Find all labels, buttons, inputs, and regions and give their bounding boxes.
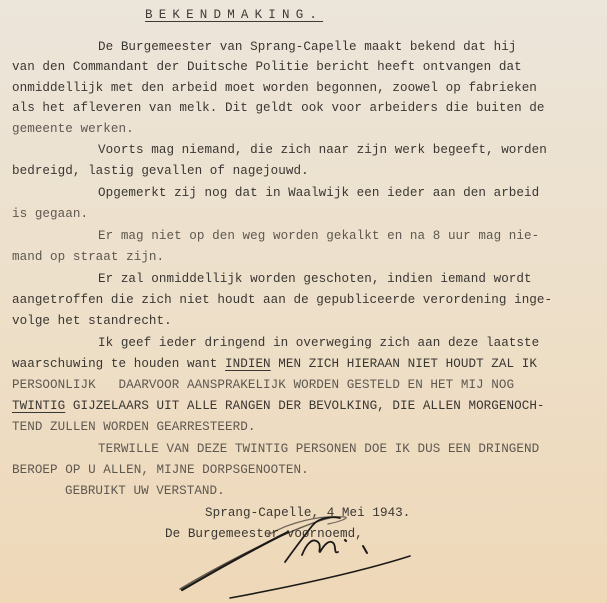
text-line: TERWILLE VAN DEZE TWINTIG PERSONEN DOE I… [98,442,539,456]
underlined-word: TWINTIG [12,399,65,413]
proclamation-document: BEKENDMAKING. De Burgemeester van Sprang… [0,0,607,603]
text-line: aangetroffen die zich niet houdt aan de … [12,293,552,307]
text-line: Ik geef ieder dringend in overweging zic… [98,336,539,350]
text-line: mand op straat zijn. [12,250,164,264]
text-line: gemeente werken. [12,122,134,136]
text-line: als het afleveren van melk. Dit geldt oo… [12,101,545,115]
place-date: Sprang-Capelle, 4 Mei 1943. [205,506,410,520]
text-line: De Burgemeester van Sprang-Capelle maakt… [98,40,516,54]
text-line: bedreigd, lastig gevallen of nagejouwd. [12,164,309,178]
text-line: onmiddellijk met den arbeid moet worden … [12,81,537,95]
text-line: Voorts mag niemand, die zich naar zijn w… [98,143,547,157]
text-line: PERSOONLIJK DAARVOOR AANSPRAKELIJK WORDE… [12,378,514,392]
text-line: Er zal onmiddellijk worden geschoten, in… [98,272,532,286]
text-segment: GIJZELAARS UIT ALLE RANGEN DER BEVOLKING… [65,399,544,413]
text-line: BEROEP OP U ALLEN, MIJNE DORPSGENOOTEN. [12,463,309,477]
text-segment: MEN ZICH HIERAAN NIET HOUDT ZAL IK [271,357,537,371]
text-line: GEBRUIKT UW VERSTAND. [65,484,225,498]
text-line: Opgemerkt zij nog dat in Waalwijk een ie… [98,186,539,200]
text-line: Er mag niet op den weg worden gekalkt en… [98,229,539,243]
document-title: BEKENDMAKING. [145,8,323,22]
text-line: is gegaan. [12,207,88,221]
text-line: TWINTIG GIJZELAARS UIT ALLE RANGEN DER B… [12,399,545,413]
text-line: volge het standrecht. [12,314,172,328]
underlined-word: INDIEN [225,357,271,371]
text-segment: waarschuwing te houden want [12,357,225,371]
text-line: TEND ZULLEN WORDEN GEARRESTEERD. [12,420,255,434]
text-line: van den Commandant der Duitsche Politie … [12,60,522,74]
signatory-line: De Burgemeester voornoemd, [165,527,363,541]
text-line: waarschuwing te houden want INDIEN MEN Z… [12,357,537,371]
